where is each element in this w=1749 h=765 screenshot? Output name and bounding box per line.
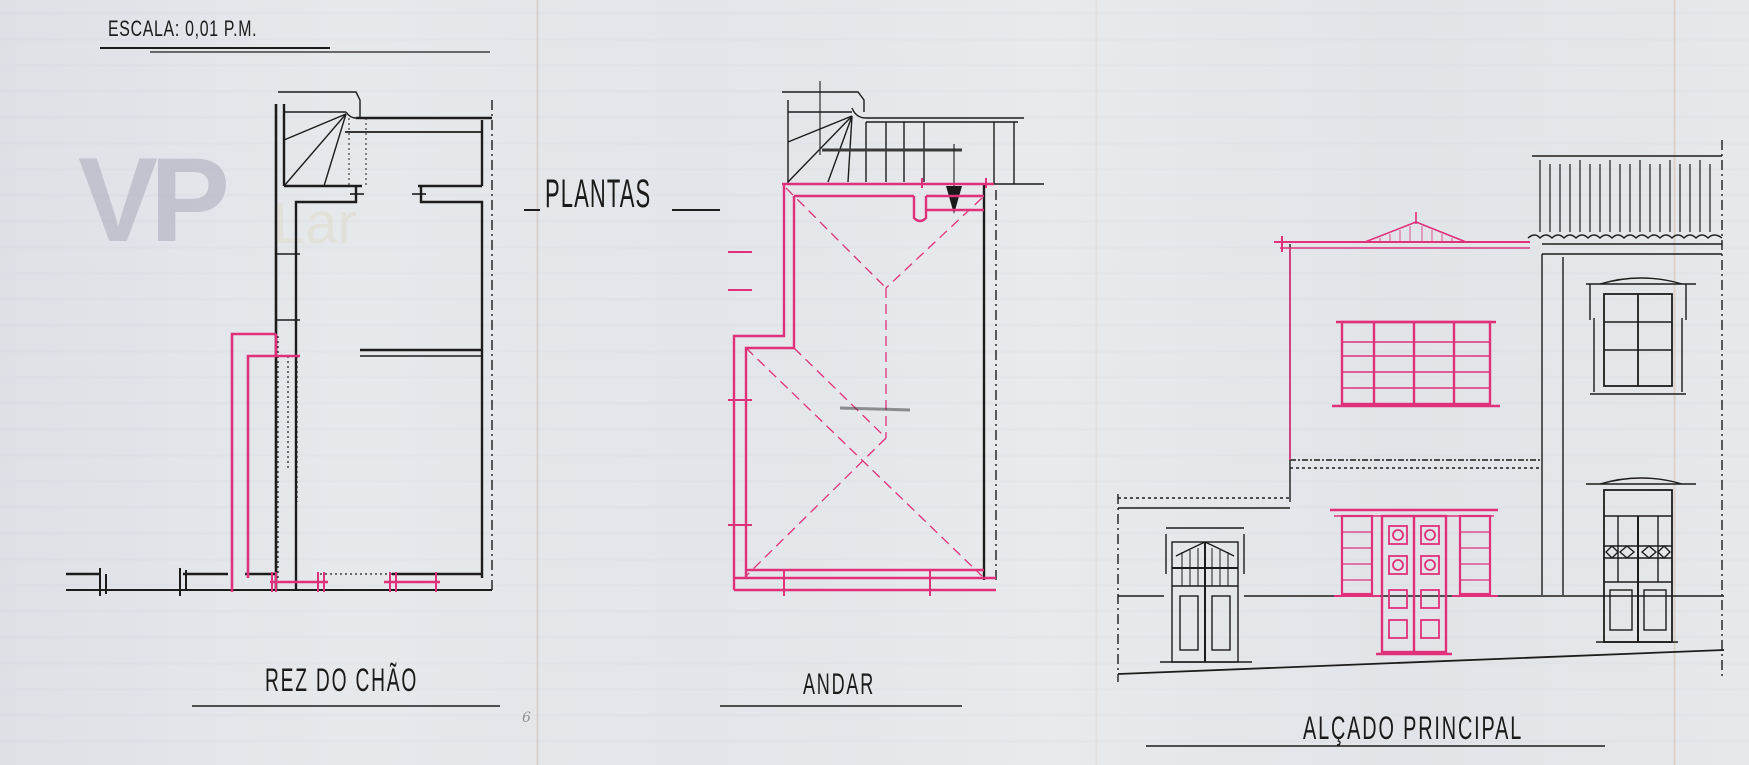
main-elevation-new-work	[1274, 212, 1530, 654]
upper-floor-new-walls	[728, 178, 996, 596]
ink-smudge	[840, 408, 910, 410]
ground-floor-plan	[66, 92, 492, 596]
drawing-canvas	[0, 0, 1749, 765]
drawing-sheet: VP Lar Escala: 0,01 P.M. Plantas Rez do …	[0, 0, 1749, 765]
ground-floor-new-walls	[232, 334, 440, 592]
